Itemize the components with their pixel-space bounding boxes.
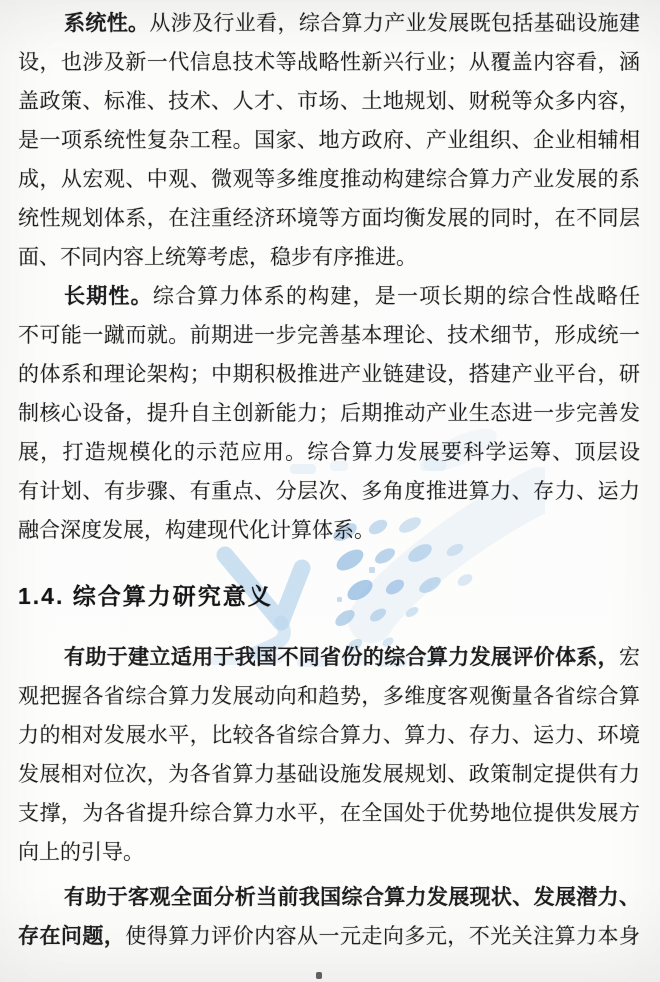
text-segment: 有助于客观全面分析当前我国综合算力发展现状、发展潜力、 [64,886,640,909]
text-line: 有助于建立适用于我国不同省份的综合算力发展评价体系，宏 [18,638,640,677]
text-line: 融合深度发展，构建现代化计算体系。 [18,511,640,550]
text-line: 向上的引导。 [18,833,640,872]
text-segment: 存在问题， [18,925,125,948]
text-segment: 宏 [619,646,640,669]
text-segment: 不可能一蹴而就。前期进一步完善基本理论、技术细节，形成统一 [18,324,640,347]
page-number-partial-mark [316,972,322,979]
text-line: 面、不同内容上统筹考虑，稳步有序推进。 [18,238,640,277]
text-line: 长期性。综合算力体系的构建，是一项长期的综合性战略任务， [18,277,640,316]
text-line: 观把握各省综合算力发展动向和趋势，多维度客观衡量各省综合算 [18,677,640,716]
text-line: 的体系和理论架构；中期积极推进产业链建设，搭建产业平台，研 [18,355,640,394]
text-segment: 盖政策、标准、技术、人才、市场、土地规划、财税等众多内容， [18,90,640,113]
text-segment: 统性规划体系，在注重经济环境等方面均衡发展的同时，在不同层 [18,207,640,230]
text-line: 系统性。从涉及行业看，综合算力产业发展既包括基础设施建 [18,4,640,43]
text-line: 存在问题，使得算力评价内容从一元走向多元，不光关注算力本身 [18,917,640,956]
text-line: 统性规划体系，在注重经济环境等方面均衡发展的同时，在不同层 [18,199,640,238]
document-page: 系统性。从涉及行业看，综合算力产业发展既包括基础设施建设，也涉及新一代信息技术等… [0,0,660,982]
text-line: 有计划、有步骤、有重点、分层次、多角度推进算力、存力、运力 [18,472,640,511]
text-line: 发展相对位次，为各省算力基础设施发展规划、政策制定提供有力 [18,755,640,794]
text-segment: 的体系和理论架构；中期积极推进产业链建设，搭建产业平台，研 [18,363,640,386]
text-segment: 有计划、有步骤、有重点、分层次、多角度推进算力、存力、运力 [18,480,640,503]
text-segment: 观把握各省综合算力发展动向和趋势，多维度客观衡量各省综合算 [18,685,640,708]
text-line: 有助于客观全面分析当前我国综合算力发展现状、发展潜力、 [18,878,640,917]
text-line: 盖政策、标准、技术、人才、市场、土地规划、财税等众多内容， [18,82,640,121]
text-segment: 是一项系统性复杂工程。国家、地方政府、产业组织、企业相辅相 [18,129,640,152]
text-segment: 使得算力评价内容从一元走向多元，不光关注算力本身 [125,925,640,948]
text-line: 成，从宏观、中观、微观等多维度推动构建综合算力产业发展的系 [18,160,640,199]
text-line: 力的相对发展水平，比较各省综合算力、算力、存力、运力、环境 [18,716,640,755]
text-line: 支撑，为各省提升综合算力水平，在全国处于优势地位提供发展方 [18,794,640,833]
text-line: 是一项系统性复杂工程。国家、地方政府、产业组织、企业相辅相 [18,121,640,160]
text-segment: 从涉及行业看，综合算力产业发展既包括基础设施建 [149,12,640,35]
text-segment: 系统性。 [64,12,149,35]
paragraph: 系统性。从涉及行业看，综合算力产业发展既包括基础设施建设，也涉及新一代信息技术等… [18,4,640,277]
text-line: 不可能一蹴而就。前期进一步完善基本理论、技术细节，形成统一 [18,316,640,355]
text-segment: 融合深度发展，构建现代化计算体系。 [18,519,375,542]
text-line: 制核心设备，提升自主创新能力；后期推动产业生态进一步完善发 [18,394,640,433]
text-segment: 向上的引导。 [18,841,144,864]
text-segment: 成，从宏观、中观、微观等多维度推动构建综合算力产业发展的系 [18,168,640,191]
paragraph: 长期性。综合算力体系的构建，是一项长期的综合性战略任务，不可能一蹴而就。前期进一… [18,277,640,550]
text-line: 设，也涉及新一代信息技术等战略性新兴行业；从覆盖内容看，涵 [18,43,640,82]
text-segment: 制核心设备，提升自主创新能力；后期推动产业生态进一步完善发 [18,402,640,425]
paragraph: 有助于客观全面分析当前我国综合算力发展现状、发展潜力、存在问题，使得算力评价内容… [18,878,640,956]
text-segment: 发展相对位次，为各省算力基础设施发展规划、政策制定提供有力 [18,763,640,786]
text-segment: 长期性。 [64,285,153,308]
document-body: 系统性。从涉及行业看，综合算力产业发展既包括基础设施建设，也涉及新一代信息技术等… [18,4,640,956]
text-segment: 设，也涉及新一代信息技术等战略性新兴行业；从覆盖内容看，涵 [18,51,640,74]
text-segment: 面、不同内容上统筹考虑，稳步有序推进。 [18,246,417,269]
text-segment: 展，打造规模化的示范应用。综合算力发展要科学运筹、顶层设计， [18,441,640,472]
text-segment: 力的相对发展水平，比较各省综合算力、算力、存力、运力、环境 [18,724,640,747]
text-line: 展，打造规模化的示范应用。综合算力发展要科学运筹、顶层设计， [18,433,640,472]
section-heading: 1.4. 综合算力研究意义 [18,576,640,616]
text-segment: 有助于建立适用于我国不同省份的综合算力发展评价体系， [64,646,619,669]
text-segment: 支撑，为各省提升综合算力水平，在全国处于优势地位提供发展方 [18,802,640,825]
paragraph: 有助于建立适用于我国不同省份的综合算力发展评价体系，宏观把握各省综合算力发展动向… [18,638,640,872]
